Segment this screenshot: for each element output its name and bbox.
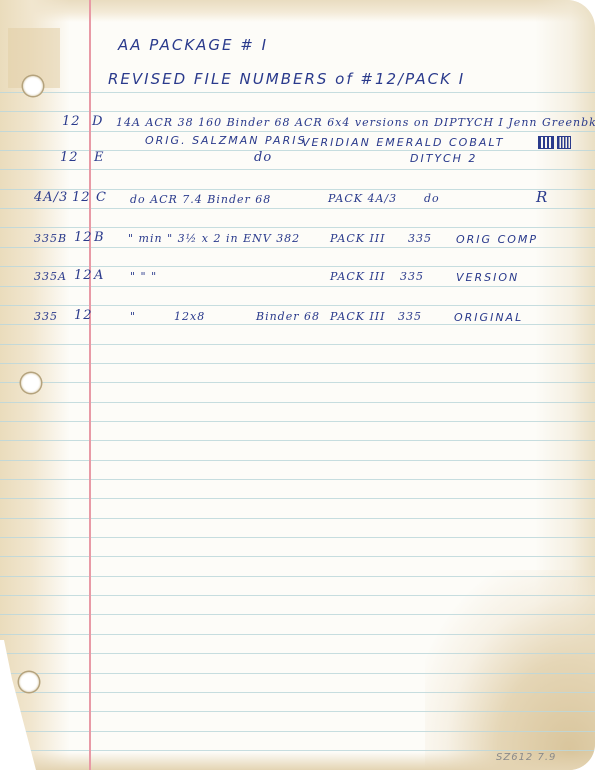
row3-file-no: 12 xyxy=(72,190,91,205)
row5-prefix: 335A xyxy=(34,270,67,283)
row4-number: 335 xyxy=(408,232,432,245)
row6-size: 12x8 xyxy=(174,310,205,323)
row2-note-right: DITYCH 2 xyxy=(410,152,477,165)
binder-stamp-icon xyxy=(538,136,572,149)
row2-letter: E xyxy=(94,150,105,165)
row1-note-right: VERIDIAN EMERALD COBALT xyxy=(302,136,505,149)
row6-detail: ORIGINAL xyxy=(454,311,523,324)
row6-binder: Binder 68 xyxy=(256,310,320,323)
row3-pack: PACK 4A/3 xyxy=(328,192,397,205)
row6-file-no: 12 xyxy=(74,308,93,323)
row5-letter: A xyxy=(94,268,104,283)
row3-detail: do xyxy=(424,192,440,205)
row6-number: 335 xyxy=(398,310,422,323)
row5-pack: PACK III xyxy=(330,270,386,283)
punch-hole-top xyxy=(23,76,43,96)
row6-description: " xyxy=(130,310,136,323)
row1-letter: D xyxy=(92,114,103,129)
row4-detail: ORIG COMP xyxy=(456,233,538,246)
row4-file-no: 12 xyxy=(74,230,93,245)
row4-prefix: 335B xyxy=(34,232,67,245)
punch-hole-middle xyxy=(21,373,41,393)
row4-letter: B xyxy=(94,230,105,245)
row3-letter: C xyxy=(96,190,107,205)
row6-pack: PACK III xyxy=(330,310,386,323)
title-line-2: REVISED FILE NUMBERS of #12/PACK I xyxy=(108,70,465,88)
row3-prefix: 4A/3 xyxy=(34,190,68,205)
row3-mark: R xyxy=(536,188,548,206)
row1-note: ORIG. SALZMAN PARIS xyxy=(145,134,306,147)
punch-hole-bottom xyxy=(19,672,39,692)
row1-file-no: 12 xyxy=(62,114,81,129)
row5-file-no: 12 xyxy=(74,268,93,283)
notebook-page: AA PACKAGE # I REVISED FILE NUMBERS of #… xyxy=(0,0,595,770)
row4-pack: PACK III xyxy=(330,232,386,245)
title-line-1: AA PACKAGE # I xyxy=(118,36,268,54)
row2-description: do xyxy=(254,150,272,165)
row5-detail: VERSION xyxy=(456,271,519,284)
row6-prefix: 335 xyxy=(34,310,58,323)
archive-number: SZ612 7.9 xyxy=(496,752,556,763)
margin-line xyxy=(89,0,91,770)
row5-number: 335 xyxy=(400,270,424,283)
row2-file-no: 12 xyxy=(60,150,79,165)
row1-description: 14A ACR 38 160 Binder 68 ACR 6x4 version… xyxy=(116,116,595,129)
row5-description: " " " xyxy=(130,270,157,283)
row4-description: " min " 3½ x 2 in ENV 382 xyxy=(128,232,300,245)
row3-description: do ACR 7.4 Binder 68 xyxy=(130,193,271,206)
